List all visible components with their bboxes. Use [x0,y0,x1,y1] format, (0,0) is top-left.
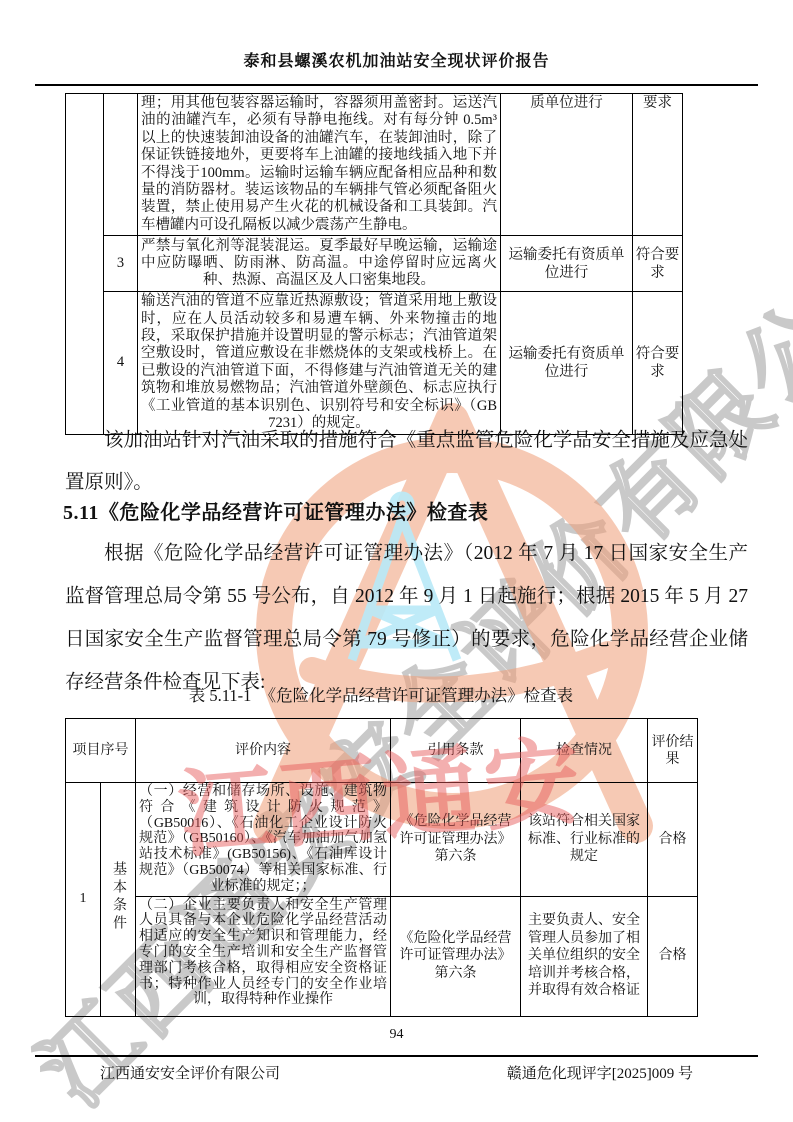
table-row: （二）企业主要负责人和安全生产管理人员具备与本企业危险化学品经营活动相适应的安全… [66,896,698,1016]
header-rule [35,84,758,86]
column-header-result: 评价结果 [648,719,698,783]
table-row: 1 基本条件 （一）经营和储存场所、设施、建筑物符合《建筑设计防火规范》（GB5… [66,783,698,897]
table-row: 3 严禁与氧化剂等混装混运。夏季最好早晚运输，运输途中应防曝晒、防雨淋、防高温。… [66,236,683,292]
table-cell-eval: （二）企业主要负责人和安全生产管理人员具备与本企业危险化学品经营活动相适应的安全… [136,896,391,1016]
table-cell-cite: 《危险化学品经营许可证管理办法》第六条 [391,783,521,897]
report-header-title: 泰和县螺溪农机加油站安全现状评价报告 [35,48,758,71]
vertical-group-label: 基本条件 [108,861,128,933]
table-cell-eval: （一）经营和储存场所、设施、建筑物符合《建筑设计防火规范》（GB50016）、《… [136,783,391,897]
gasoline-measures-table: 理；用其他包装容器运输时，容器须用盖密封。运送汽油的油罐汽车，必须有导静电拖线。… [65,93,683,435]
table-cell-no: 4 [104,292,138,434]
table-header-row: 项目序号 评价内容 引用条款 检查情况 评价结果 [66,719,698,783]
page-content: 泰和县螺溪农机加油站安全现状评价报告 理；用其他包装容器运输时，容器须用盖密封。… [0,0,793,1122]
table-cell-no: 3 [104,236,138,292]
table-cell-check: 主要负责人、安全管理人员参加了相关单位组织的安全培训并考核合格，并取得有效合格证 [521,896,648,1016]
table-cell-content: 理；用其他包装容器运输时，容器须用盖密封。运送汽油的油罐汽车，必须有导静电拖线。… [138,94,501,236]
footer-document-number: 赣通危化现评字[2025]009 号 [507,1062,693,1083]
column-header-cite: 引用条款 [391,719,521,783]
table-cell-no [104,94,138,236]
table-cell-measure: 质单位进行 [501,94,633,236]
table-row: 4 输送汽油的管道不应靠近热源敷设；管道采用地上敷设时，应在人员活动较多和易遭车… [66,292,683,434]
column-header-check: 检查情况 [521,719,648,783]
table-cell-result: 符合要求 [633,236,683,292]
table-cell-result: 符合要求 [633,292,683,434]
table-cell-result: 要求 [633,94,683,236]
table-cell-cite: 《危险化学品经营许可证管理办法》第六条 [391,896,521,1016]
page-number: 94 [0,1027,793,1043]
table-row: 理；用其他包装容器运输时，容器须用盖密封。运送汽油的油罐汽车，必须有导静电拖线。… [66,94,683,236]
paragraph-regulation-basis: 根据《危险化学品经营许可证管理办法》（2012 年 7 月 17 日国家安全生产… [65,532,748,704]
table-cell-result: 合格 [648,896,698,1016]
license-checklist-table: 项目序号 评价内容 引用条款 检查情况 评价结果 1 基本条件 （一）经营和储存… [65,718,698,1017]
paragraph-conclusion: 该加油站针对汽油采取的措施符合《重点监管危险化学品安全措施及应急处置原则》。 [65,420,748,504]
table-caption: 表 5.11-1 《危险化学品经营许可证管理办法》检查表 [65,684,697,708]
table-cell-group-no: 1 [66,783,101,1017]
table-cell-content: 严禁与氧化剂等混装混运。夏季最好早晚运输，运输途中应防曝晒、防雨淋、防高温。中途… [138,236,501,292]
table-cell-group-label: 基本条件 [101,783,136,1017]
column-header-no: 项目序号 [66,719,136,783]
table-cell-check: 该站符合相关国家标准、行业标准的规定 [521,783,648,897]
table-cell-result: 合格 [648,783,698,897]
footer-company-name: 江西通安安全评价有限公司 [100,1062,280,1083]
table-cell-content: 输送汽油的管道不应靠近热源敷设；管道采用地上敷设时，应在人员活动较多和易遭车辆、… [138,292,501,434]
document-page: 江西通安安全评价有限公司 江西通安 泰和县螺溪农机加油站安全现状评价报告 [0,0,793,1122]
table-cell-measure: 运输委托有资质单位进行 [501,236,633,292]
footer-rule [35,1055,758,1057]
column-header-eval: 评价内容 [136,719,391,783]
table-cell-measure: 运输委托有资质单位进行 [501,292,633,434]
section-heading-5-11: 5.11《危险化学品经营许可证管理办法》检查表 [63,498,748,528]
table-cell-merged-left [66,94,104,435]
